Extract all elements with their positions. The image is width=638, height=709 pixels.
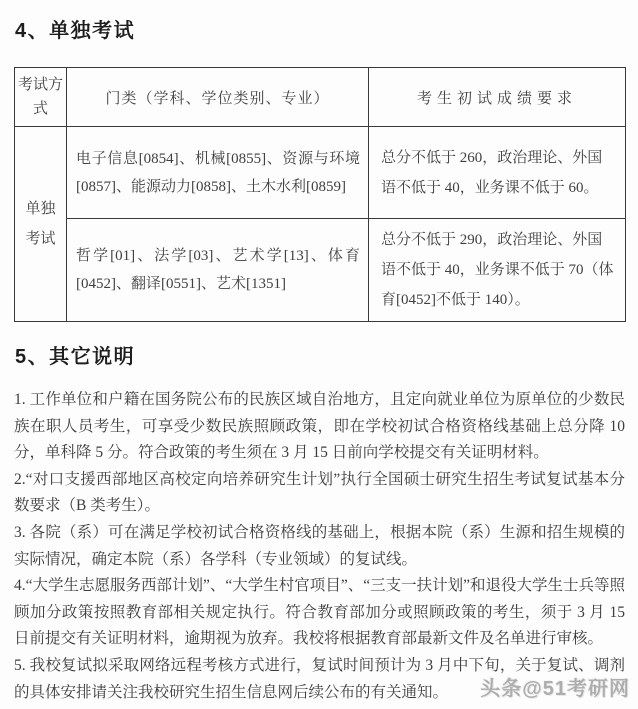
section4-heading: 4、单独考试 xyxy=(15,14,625,43)
toutiao-51kaoyan-watermark: 头条@51考研网 xyxy=(480,672,630,701)
table-header-row: 考试方式 门类（学科、学位类别、专业） 考生初试成绩要求 xyxy=(15,68,626,127)
other-notes-paragraphs: 1. 工作单位和户籍在国务院公布的民族区域自治地方，且定向就业单位为原单位的少数… xyxy=(14,387,625,706)
note-paragraph-2: 2.“对口支援西部地区高校定向培养研究生计划”执行全国硕士研究生招生考试复试基本… xyxy=(14,467,625,520)
table-row: 哲学[01]、法学[03]、艺术学[13]、体育[0452]、翻译[0551]、… xyxy=(15,219,626,322)
table-header-requirements: 考生初试成绩要求 xyxy=(369,68,626,127)
separate-exam-score-table: 考试方式 门类（学科、学位类别、专业） 考生初试成绩要求 单独考试 电子信息[0… xyxy=(14,67,626,322)
section5-heading: 5、其它说明 xyxy=(15,340,625,369)
table-cell-categories-humanities: 哲学[01]、法学[03]、艺术学[13]、体育[0452]、翻译[0551]、… xyxy=(67,219,369,322)
table-cell-categories-engineering: 电子信息[0854]、机械[0855]、资源与环境[0857]、能源动力[085… xyxy=(67,127,369,219)
table-header-exam-mode: 考试方式 xyxy=(15,68,67,127)
table-header-categories: 门类（学科、学位类别、专业） xyxy=(67,68,369,127)
table-cell-requirements-engineering: 总分不低于 260，政治理论、外国语不低于 40，业务课不低于 60。 xyxy=(369,127,626,219)
document-page: 4、单独考试 考试方式 门类（学科、学位类别、专业） 考生初试成绩要求 单独考试… xyxy=(0,0,638,709)
note-paragraph-3: 3. 各院（系）可在满足学校初试合格资格线的基础上，根据本院（系）生源和招生规模… xyxy=(14,520,625,573)
table-cell-exam-mode-label: 单独考试 xyxy=(15,127,67,322)
table-row: 单独考试 电子信息[0854]、机械[0855]、资源与环境[0857]、能源动… xyxy=(15,127,626,219)
table-cell-requirements-humanities: 总分不低于 290，政治理论、外国语不低于 40，业务课不低于 70（体育[04… xyxy=(369,219,626,322)
note-paragraph-4: 4.“大学生志愿服务西部计划”、“大学生村官项目”、“三支一扶计划”和退役大学生… xyxy=(14,573,625,653)
note-paragraph-1: 1. 工作单位和户籍在国务院公布的民族区域自治地方，且定向就业单位为原单位的少数… xyxy=(14,387,625,467)
